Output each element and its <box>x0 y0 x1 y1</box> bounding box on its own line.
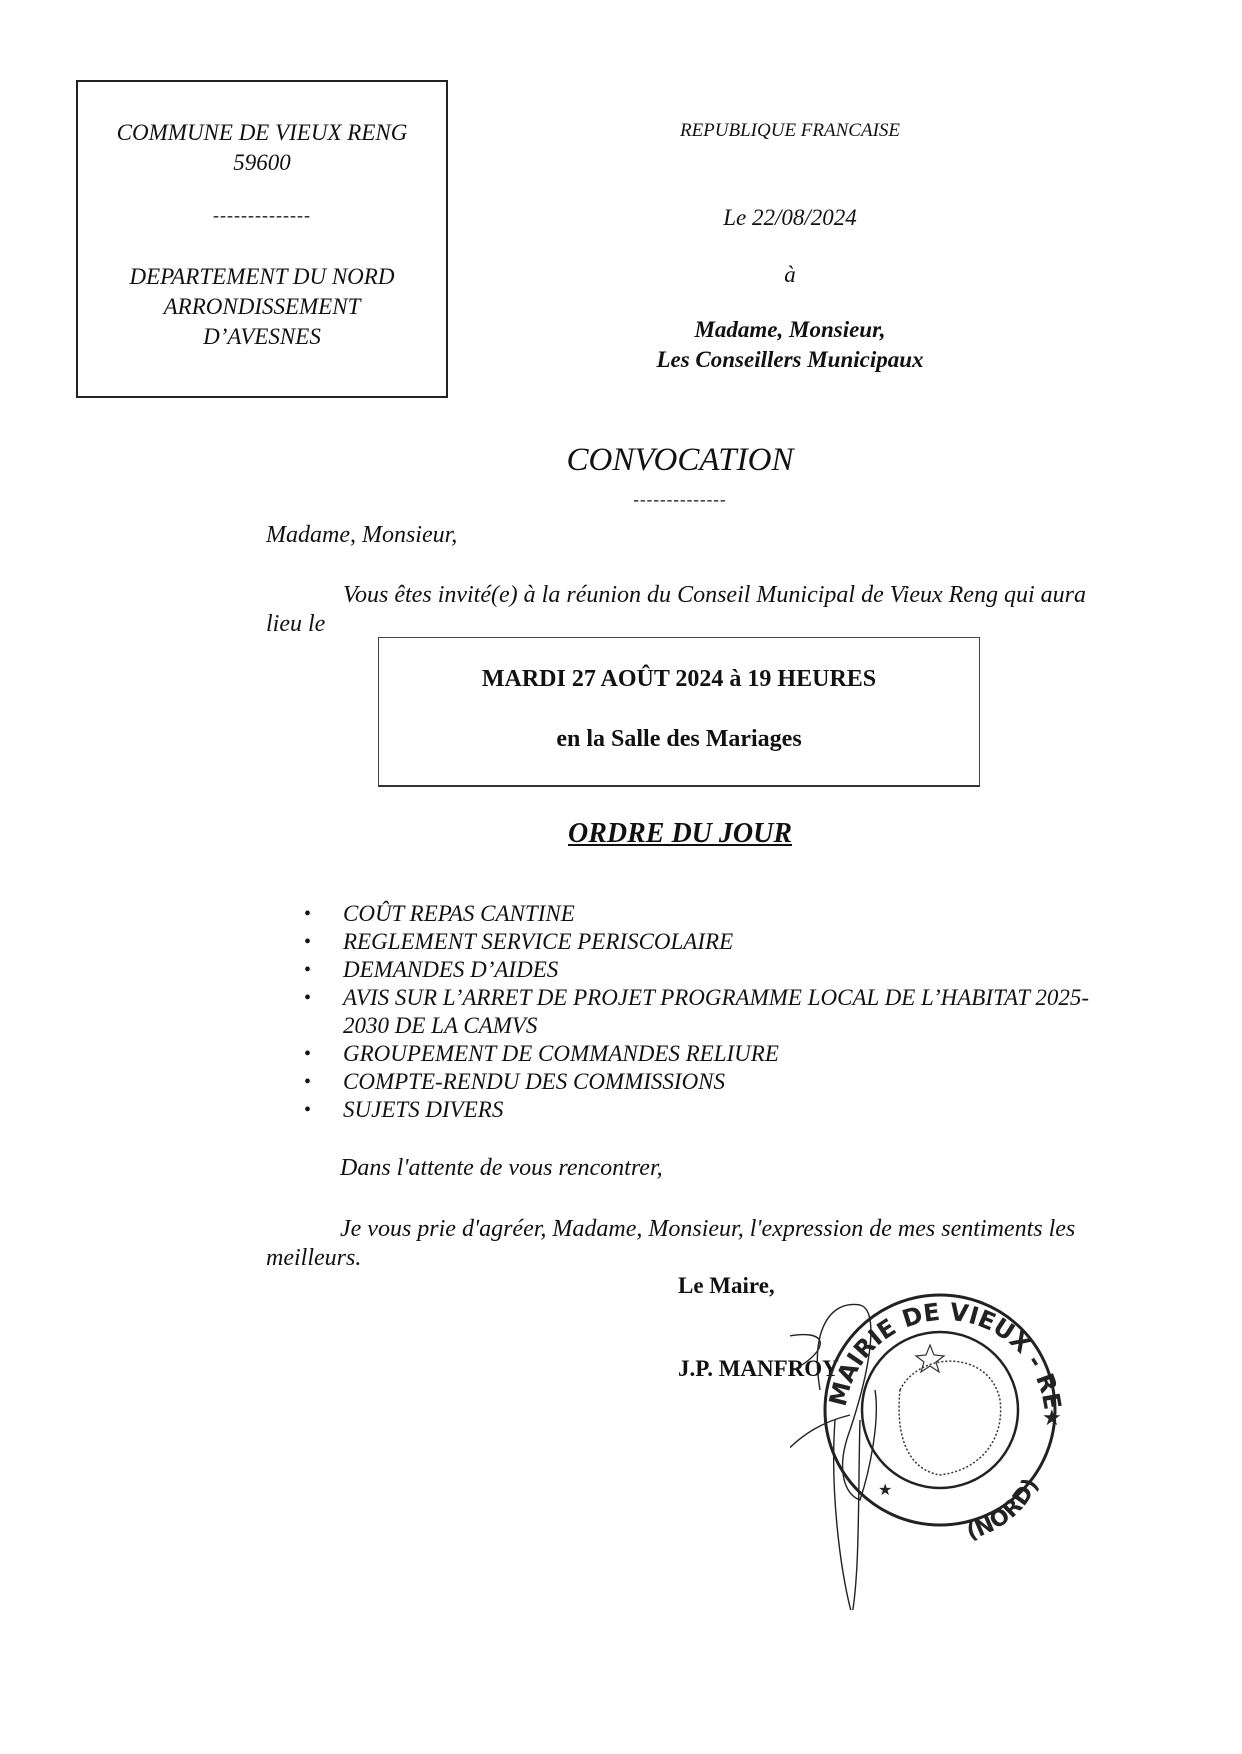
departement: DEPARTEMENT DU NORD <box>78 262 446 292</box>
bullet-icon: • <box>304 928 311 956</box>
document-title: CONVOCATION <box>440 442 920 479</box>
official-seal-and-signature: MAIRIE DE VIEUX - RENG (NORD) ★ ★ <box>790 1270 1100 1610</box>
seal-star-icon: ★ <box>878 1482 892 1499</box>
republique-label: REPUBLIQUE FRANCAISE <box>560 120 1020 142</box>
agenda-title: ORDRE DU JOUR <box>440 818 920 850</box>
header-separator: -------------- <box>78 200 446 230</box>
agenda-item-text: COMPTE-RENDU DES COMMISSIONS <box>343 1069 725 1094</box>
agenda-item-text: COÛT REPAS CANTINE <box>343 901 575 926</box>
seal-star-icon: ★ <box>1042 1405 1062 1430</box>
arrondissement-label: ARRONDISSEMENT <box>78 292 446 322</box>
meeting-datetime: MARDI 27 AOÛT 2024 à 19 HEURES <box>379 666 979 693</box>
agenda-item: •COMPTE-RENDU DES COMMISSIONS <box>296 1068 1096 1096</box>
commune-name: COMMUNE DE VIEUX RENG <box>78 118 446 148</box>
letter-date: Le 22/08/2024 <box>560 205 1020 231</box>
seal-emblem <box>899 1361 1001 1475</box>
bullet-icon: • <box>304 1096 311 1124</box>
agenda-list: •COÛT REPAS CANTINE•REGLEMENT SERVICE PE… <box>296 900 1096 1124</box>
addressed-to: à <box>560 262 1020 288</box>
agenda-item: •REGLEMENT SERVICE PERISCOLAIRE <box>296 928 1096 956</box>
meeting-box: MARDI 27 AOÛT 2024 à 19 HEURES en la Sal… <box>378 637 980 787</box>
recipient-line-1: Madame, Monsieur, <box>560 317 1020 343</box>
agenda-item-text: DEMANDES D’AIDES <box>343 957 558 982</box>
salutation: Madame, Monsieur, <box>266 522 457 549</box>
closing-line-1: Dans l'attente de vous rencontrer, <box>340 1155 663 1182</box>
agenda-item: •GROUPEMENT DE COMMANDES RELIURE <box>296 1040 1096 1068</box>
meeting-place: en la Salle des Mariages <box>379 726 979 753</box>
arrondissement-name: D’AVESNES <box>78 322 446 352</box>
seal-emblem-star-icon <box>916 1345 944 1372</box>
recipient-line-2: Les Conseillers Municipaux <box>560 347 1020 373</box>
bullet-icon: • <box>304 1068 311 1096</box>
commune-header-box: COMMUNE DE VIEUX RENG 59600 ------------… <box>76 80 448 398</box>
agenda-item: •COÛT REPAS CANTINE <box>296 900 1096 928</box>
seal-top-text: MAIRIE DE VIEUX - RENG <box>790 1270 1067 1412</box>
bullet-icon: • <box>304 956 311 984</box>
title-separator: -------------- <box>440 490 920 510</box>
agenda-item-text: GROUPEMENT DE COMMANDES RELIURE <box>343 1041 779 1066</box>
seal-stamp: MAIRIE DE VIEUX - RENG (NORD) ★ ★ <box>790 1270 1067 1545</box>
bullet-icon: • <box>304 900 311 928</box>
seal-bottom-text: (NORD) <box>964 1474 1044 1545</box>
postal-code: 59600 <box>78 148 446 178</box>
agenda-item-text: AVIS SUR L’ARRET DE PROJET PROGRAMME LOC… <box>343 985 1089 1038</box>
signatory-title: Le Maire, <box>678 1273 775 1299</box>
closing-line-2: Je vous prie d'agréer, Madame, Monsieur,… <box>266 1215 1086 1273</box>
agenda-item-text: REGLEMENT SERVICE PERISCOLAIRE <box>343 929 733 954</box>
bullet-icon: • <box>304 1040 311 1068</box>
agenda-item-text: SUJETS DIVERS <box>343 1097 503 1122</box>
svg-text:(NORD): (NORD) <box>964 1474 1044 1545</box>
agenda-item: •SUJETS DIVERS <box>296 1096 1096 1124</box>
bullet-icon: • <box>304 984 311 1012</box>
agenda-item: •DEMANDES D’AIDES <box>296 956 1096 984</box>
agenda-item: •AVIS SUR L’ARRET DE PROJET PROGRAMME LO… <box>296 984 1096 1040</box>
invitation-paragraph: Vous êtes invité(e) à la réunion du Cons… <box>266 581 1086 639</box>
svg-text:MAIRIE DE VIEUX - RENG: MAIRIE DE VIEUX - RENG <box>790 1270 1067 1412</box>
